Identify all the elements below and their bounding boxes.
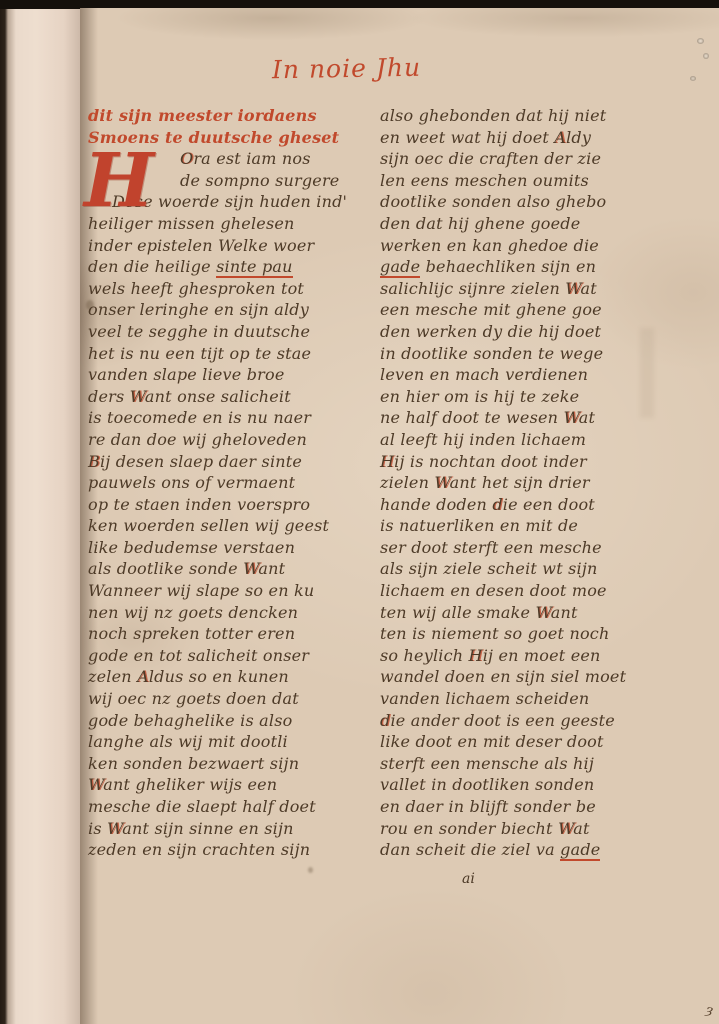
manuscript-line: een mesche mit ghene goe xyxy=(380,299,680,321)
ink-text: ldus so en kunen xyxy=(149,667,289,686)
ink-text: ten wij alle smake xyxy=(380,603,535,622)
text-block: H dit sijn meester iordaensSmoens te duu… xyxy=(80,105,719,861)
manuscript-line: Ora est iam nos xyxy=(180,148,370,170)
manuscript-line: zielen Want het sijn drier xyxy=(380,472,680,494)
header-row: In noie Jhu xyxy=(80,54,719,88)
manuscript-line: Want gheliker wijs een xyxy=(88,774,370,796)
manuscript-line: hande doden die een doot xyxy=(380,494,680,516)
ink-text: ne half doot te wesen xyxy=(380,408,563,427)
ink-text: at xyxy=(581,279,597,298)
manuscript-line: de sompno surgere xyxy=(180,170,370,192)
manuscript-line: leven en mach verdienen xyxy=(380,364,680,386)
red-underlined-text: gade xyxy=(380,257,420,278)
manuscript-line: noch spreken totter eren xyxy=(88,623,370,645)
manuscript-line: dan scheit die ziel va gade xyxy=(380,839,680,861)
manuscript-line: zelen Aldus so en kunen xyxy=(88,666,370,688)
rubricated-capital: W xyxy=(434,473,449,492)
manuscript-line: also ghebonden dat hij niet xyxy=(380,105,680,127)
rubricated-capital: B xyxy=(88,452,100,471)
manuscript-line: like doot en mit deser doot xyxy=(380,731,680,753)
ink-text: salichlijc sijnre zielen xyxy=(380,279,565,298)
manuscript-line: en weet wat hij doet Aldy xyxy=(380,127,680,149)
photographed-manuscript: In noie Jhu H dit sijn meester iordaensS… xyxy=(0,0,719,1024)
rubricated-capital: W xyxy=(563,408,578,427)
ink-text: ders xyxy=(88,387,130,406)
rubricated-capital: W xyxy=(243,559,258,578)
signature-row: ai xyxy=(80,868,719,887)
ink-text: ie ander doot is een geeste xyxy=(390,711,614,730)
rubricated-capital: W xyxy=(535,603,550,622)
ink-text: dan scheit die ziel va xyxy=(380,840,560,859)
ink-text: ldy xyxy=(566,128,591,147)
manuscript-line: wels heeft ghesproken tot xyxy=(88,278,370,300)
rubricated-capital: A xyxy=(554,128,566,147)
manuscript-line: den werken dy die hij doet xyxy=(380,321,680,343)
rubricated-capital: W xyxy=(565,279,580,298)
manuscript-line: pauwels ons of vermaent xyxy=(88,472,370,494)
ink-text: den die heilige xyxy=(88,257,216,276)
rubricated-capital: d xyxy=(492,495,502,514)
manuscript-line: Hij is nochtan doot inder xyxy=(380,451,680,473)
manuscript-line: ser doot sterft een mesche xyxy=(380,537,680,559)
manuscript-line: salichlijc sijnre zielen Wat xyxy=(380,278,680,300)
ink-text: behaechliken sijn en xyxy=(420,257,596,276)
manuscript-line: ders Want onse salicheit xyxy=(88,386,370,408)
manuscript-line: al leeft hij inden lichaem xyxy=(380,429,680,451)
manuscript-line: langhe als wij mit dootli xyxy=(88,731,370,753)
manuscript-line: ten is niement so goet noch xyxy=(380,623,680,645)
manuscript-line: den dat hij ghene goede xyxy=(380,213,680,235)
ink-text: en weet wat hij doet xyxy=(380,128,554,147)
manuscript-line: wandel doen en sijn siel moet xyxy=(380,666,680,688)
manuscript-line: veel te segghe in duutsche xyxy=(88,321,370,343)
red-underlined-text: sinte pau xyxy=(216,257,293,278)
ink-text: ant sijn sinne en sijn xyxy=(122,819,293,838)
rubricated-capital: H xyxy=(380,452,394,471)
rubricated-capital: O xyxy=(180,149,193,168)
manuscript-line: like bedudemse verstaen xyxy=(88,537,370,559)
rubricated-capital: W xyxy=(88,775,103,794)
right-column-lines: also ghebonden dat hij nieten weet wat h… xyxy=(380,105,680,861)
manuscript-line: als sijn ziele scheit wt sijn xyxy=(380,558,680,580)
ink-text: ij is nochtan doot inder xyxy=(394,452,587,471)
ink-text: at xyxy=(573,819,589,838)
manuscript-line: die ander doot is een geeste xyxy=(380,710,680,732)
manuscript-line: op te staen inden voerspro xyxy=(88,494,370,516)
manuscript-line: nen wij nz goets dencken xyxy=(88,602,370,624)
manuscript-line: re dan doe wij gheloveden xyxy=(88,429,370,451)
manuscript-line: sijn oec die craften der zie xyxy=(380,148,680,170)
left-text-column: H dit sijn meester iordaensSmoens te duu… xyxy=(88,105,370,861)
manuscript-line: ne half doot te wesen Wat xyxy=(380,407,680,429)
ink-text: ra est iam nos xyxy=(193,149,310,168)
manuscript-line: gode behaghelike is also xyxy=(88,710,370,732)
manuscript-line: is natuerliken en mit de xyxy=(380,515,680,537)
manuscript-line: ten wij alle smake Want xyxy=(380,602,680,624)
manuscript-line: is Want sijn sinne en sijn xyxy=(88,818,370,840)
ink-text: als dootlike sonde xyxy=(88,559,243,578)
manuscript-line: werken en kan ghedoe die xyxy=(380,235,680,257)
quire-signature: ai xyxy=(462,871,475,887)
ink-text: ant het sijn drier xyxy=(450,473,590,492)
manuscript-line: is toecomede en is nu naer xyxy=(88,407,370,429)
manuscript-line: het is nu een tijt op te stae xyxy=(88,343,370,365)
manuscript-line: vanden lichaem scheiden xyxy=(380,688,680,710)
invocation-header: In noie Jhu xyxy=(272,53,422,85)
ink-text: ant xyxy=(551,603,578,622)
ink-text: at xyxy=(579,408,595,427)
rubricated-capital: d xyxy=(380,711,390,730)
manuscript-line: in dootlike sonden te wege xyxy=(380,343,680,365)
manuscript-line: Bij desen slaep daer sinte xyxy=(88,451,370,473)
manuscript-line: dootlike sonden also ghebo xyxy=(380,191,680,213)
ink-stain xyxy=(308,867,313,873)
rubricated-capital: W xyxy=(130,387,145,406)
manuscript-line: len eens meschen oumits xyxy=(380,170,680,192)
rubricated-capital: W xyxy=(558,819,573,838)
wormhole xyxy=(690,76,696,81)
decorated-initial: H xyxy=(84,146,176,216)
pen-trial-mark: ȝ xyxy=(705,1002,715,1018)
manuscript-line: en daer in blijft sonder be xyxy=(380,796,680,818)
manuscript-line: onser leringhe en sijn aldy xyxy=(88,299,370,321)
ink-text: ant onse salicheit xyxy=(145,387,291,406)
ink-text: ij en moet een xyxy=(483,646,601,665)
manuscript-line: sterft een mensche als hij xyxy=(380,753,680,775)
ink-text: ant gheliker wijs een xyxy=(103,775,277,794)
ink-text: so heylich xyxy=(380,646,469,665)
facing-page-edge xyxy=(0,9,80,1024)
left-column-lines: Ora est iam nosde sompno surgereDese woe… xyxy=(88,148,370,861)
manuscript-line: ken woerden sellen wij geest xyxy=(88,515,370,537)
rubric-line: dit sijn meester iordaens xyxy=(88,105,370,127)
manuscript-line: wij oec nz goets doen dat xyxy=(88,688,370,710)
right-text-column: also ghebonden dat hij nieten weet wat h… xyxy=(380,105,680,861)
rubricated-capital: H xyxy=(469,646,483,665)
rubricated-capital: A xyxy=(137,667,149,686)
ink-text: zelen xyxy=(88,667,137,686)
manuscript-page: In noie Jhu H dit sijn meester iordaensS… xyxy=(80,8,719,1024)
manuscript-line: zeden en sijn crachten sijn xyxy=(88,839,370,861)
ink-text: zielen xyxy=(380,473,434,492)
manuscript-line: rou en sonder biecht Wat xyxy=(380,818,680,840)
manuscript-line: Wanneer wij slape so en ku xyxy=(88,580,370,602)
manuscript-line: vanden slape lieve broe xyxy=(88,364,370,386)
wormhole xyxy=(697,38,704,44)
rubricated-capital: W xyxy=(107,819,122,838)
wormhole xyxy=(703,53,709,59)
ink-text: rou en sonder biecht xyxy=(380,819,558,838)
manuscript-line: ken sonden bezwaert sijn xyxy=(88,753,370,775)
manuscript-line: als dootlike sonde Want xyxy=(88,558,370,580)
ink-text: ant xyxy=(258,559,285,578)
manuscript-line: mesche die slaept half doet xyxy=(88,796,370,818)
manuscript-line: gode en tot salicheit onser xyxy=(88,645,370,667)
red-underlined-text: gade xyxy=(560,840,600,861)
ink-text: ij desen slaep daer sinte xyxy=(100,452,302,471)
manuscript-line: vallet in dootliken sonden xyxy=(380,774,680,796)
manuscript-line: so heylich Hij en moet een xyxy=(380,645,680,667)
ink-text: ie een doot xyxy=(503,495,595,514)
manuscript-line: gade behaechliken sijn en xyxy=(380,256,680,278)
ink-text: hande doden xyxy=(380,495,492,514)
manuscript-line: en hier om is hij te zeke xyxy=(380,386,680,408)
manuscript-line: inder epistelen Welke woer xyxy=(88,235,370,257)
manuscript-line: den die heilige sinte pau xyxy=(88,256,370,278)
ink-text: is xyxy=(88,819,107,838)
manuscript-line: lichaem en desen doot moe xyxy=(380,580,680,602)
